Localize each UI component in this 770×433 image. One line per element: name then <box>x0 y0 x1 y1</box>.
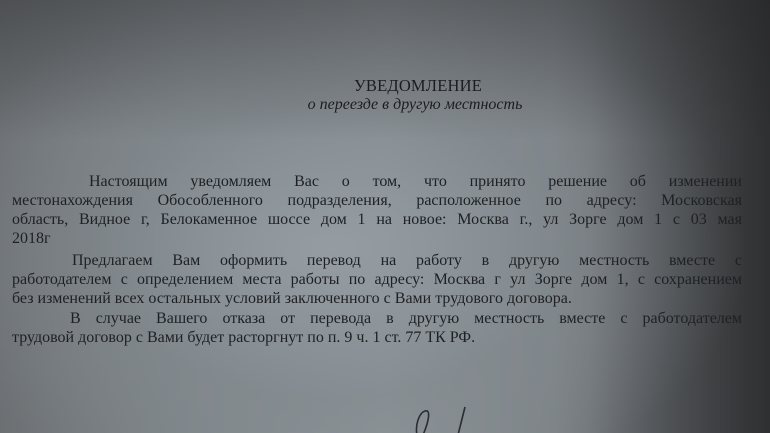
document-page: УВЕДОМЛЕНИЕ о переезде в другую местност… <box>0 0 770 433</box>
paragraph-line: область, Видное г, Белокаменное шоссе до… <box>12 210 742 229</box>
paragraph-line: В случае Вашего отказа от перевода в дру… <box>12 309 742 328</box>
paragraph-line: местонахождения Обособленного подразделе… <box>12 191 742 210</box>
paragraph-line: 2018г <box>12 229 752 248</box>
paragraph-line: Настоящим уведомляем Вас о том, что прин… <box>12 172 742 191</box>
paragraph-refusal-consequence: В случае Вашего отказа от перевода в дру… <box>12 309 752 347</box>
paragraph-relocation-notice: Настоящим уведомляем Вас о том, что прин… <box>12 172 752 248</box>
paragraph-line: без изменений всех остальных условий зак… <box>12 289 752 308</box>
paragraph-line: трудовой договор с Вами будет расторгнут… <box>12 328 752 347</box>
paragraph-line: Предлагаем Вам оформить перевод на работ… <box>12 251 742 270</box>
paragraph-line: работодателем с определением места работ… <box>12 270 742 289</box>
signature-icon <box>395 395 475 433</box>
paragraph-transfer-offer: Предлагаем Вам оформить перевод на работ… <box>12 251 752 308</box>
document-title: УВЕДОМЛЕНИЕ <box>33 76 770 96</box>
document-subtitle: о переезде в другую местность <box>30 96 770 114</box>
